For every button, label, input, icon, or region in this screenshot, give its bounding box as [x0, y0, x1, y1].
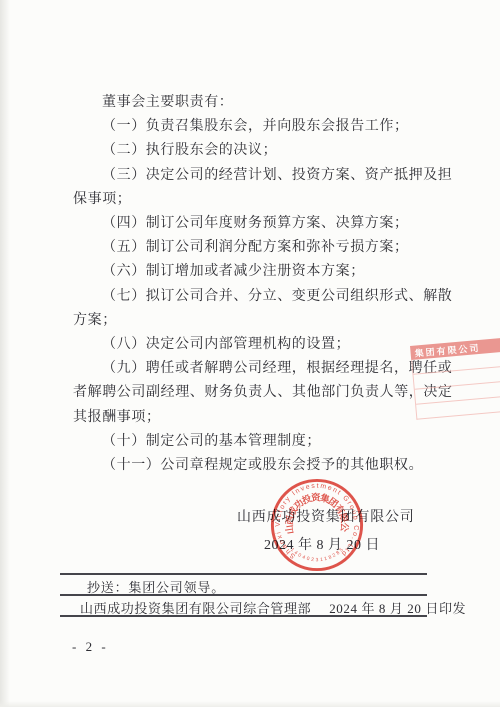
body-line: （六）制订增加或者减少注册资本方案；	[73, 260, 443, 284]
body-line: （五）制订公司利润分配方案和弥补亏损方案；	[73, 236, 443, 260]
footer-rule-top	[60, 573, 427, 575]
body-line: （十）制定公司的基本管理制度；	[73, 430, 443, 454]
document-page: 董事会主要职责有：（一）负责召集股东会，并向股东会报告工作；（二）执行股东会的决…	[0, 0, 500, 707]
body-line: 保事项；	[73, 188, 443, 212]
seal-number-text: 1404023118285	[289, 547, 345, 563]
body-line: 者解聘公司副经理、财务负责人、其他部门负责人等，决定	[73, 381, 443, 405]
partial-received-stamp: 集团有限公司	[410, 334, 500, 426]
body-line: （七）拟订公司合并、分立、变更公司组织形式、解散	[73, 285, 443, 309]
scan-edge-shadow-bottom	[0, 701, 500, 707]
footer-rule-bottom	[60, 615, 427, 617]
partial-stamp-rows	[411, 348, 500, 420]
page-number: - 2 -	[72, 639, 109, 655]
document-body: 董事会主要职责有：（一）负责召集股东会，并向股东会报告工作；（二）执行股东会的决…	[73, 91, 443, 478]
footer-rule-middle	[60, 594, 427, 596]
body-line: 董事会主要职责有：	[73, 91, 443, 115]
body-line: （二）执行股东会的决议；	[73, 139, 443, 163]
body-line: （三）决定公司的经营计划、投资方案、资产抵押及担	[73, 164, 443, 188]
body-line: （九）聘任或者解聘公司经理，根据经理提名，聘任或	[73, 357, 443, 381]
body-line: （一）负责召集股东会，并向股东会报告工作；	[73, 115, 443, 139]
body-line: （四）制订公司年度财务预算方案、决算方案；	[73, 212, 443, 236]
footer-issue-date: 2024 年 8 月 20 日印发	[329, 601, 466, 616]
scan-edge-shadow	[0, 0, 10, 707]
body-line: 方案；	[73, 309, 443, 333]
body-line: （十一）公司章程规定或股东会授予的其他职权。	[73, 454, 443, 478]
body-line: 其报酬事项；	[73, 406, 443, 430]
company-seal-stamp: Shanxi Victory Investment Group Co.,Ltd …	[268, 476, 366, 574]
footer-issuer: 山西成功投资集团有限公司综合管理部	[80, 601, 311, 616]
body-line: （八）决定公司内部管理机构的设置；	[73, 333, 443, 357]
